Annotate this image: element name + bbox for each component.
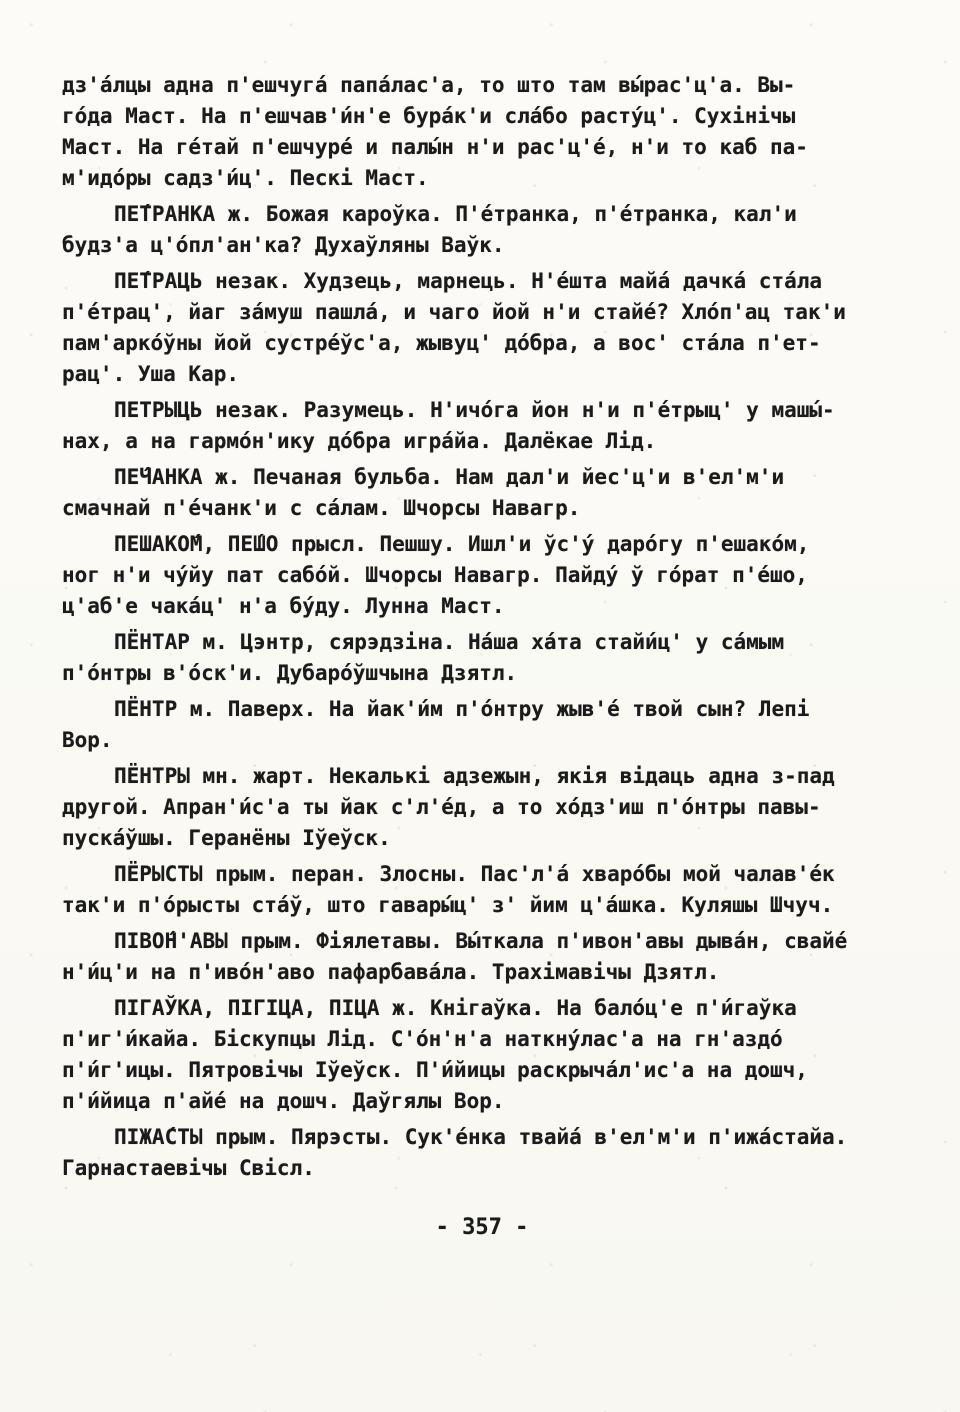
dictionary-entry-pigauka: ПІГАЎКА, ПІГІЦА, ПІЦА ж. Кнігаўка. На ба…: [62, 993, 902, 1117]
dictionary-entry-pjorysty: ПЁРЫСТЫ прым. перан. Злосны. Пас'л'а́ хв…: [62, 859, 902, 921]
continuation-paragraph: дз'а́лцы адна п'ешчуга́ папа́лас'а, то ш…: [62, 70, 902, 194]
dictionary-entry-petryc: ПЕТРЫЦЬ незак. Разумець. Н'ичо́га йон н'…: [62, 395, 902, 457]
dictionary-entry-pjontr: ПЁНТР м. Паверх. На йак'и́м п'о́нтру жыв…: [62, 694, 902, 756]
dictionary-entry-petrac: ПЕ́ТРАЦЬ незак. Худзець, марнець. Н'е́шт…: [62, 266, 902, 390]
dictionary-entry-petranka: ПЕ́ТРАНКА ж. Божая кароўка. П'е́транка, …: [62, 199, 902, 261]
dictionary-entry-pjontar: ПЁНТАР м. Цэнтр, сярэдзіна. На́ша ха́та …: [62, 627, 902, 689]
dictionary-text-block: дз'а́лцы адна п'ешчуга́ папа́лас'а, то ш…: [62, 70, 902, 1189]
dictionary-entry-pechanka: ПЕ́ЧАНКА ж. Печаная бульба. Нам дал'и йе…: [62, 462, 902, 524]
dictionary-entry-pjontry: ПЁНТРЫ мн. жарт. Некалькі адзежын, якія …: [62, 761, 902, 854]
scanned-page: дз'а́лцы адна п'ешчуга́ папа́лас'а, то ш…: [0, 0, 960, 1412]
dictionary-entry-pivonjavy: ПІВО́Н'АВЫ прым. Фіялетавы. Вы́ткала п'и…: [62, 926, 902, 988]
dictionary-entry-pizhasty: ПІЖА́СТЫ прым. Пярэсты. Сук'е́нка твайа́…: [62, 1122, 902, 1184]
page-number: - 357 -: [62, 1215, 902, 1240]
dictionary-entry-peshakom: ПЕШАКО́М, ПЕ́ШО прысл. Пешшу. Ишл'и ўс'у…: [62, 529, 902, 622]
